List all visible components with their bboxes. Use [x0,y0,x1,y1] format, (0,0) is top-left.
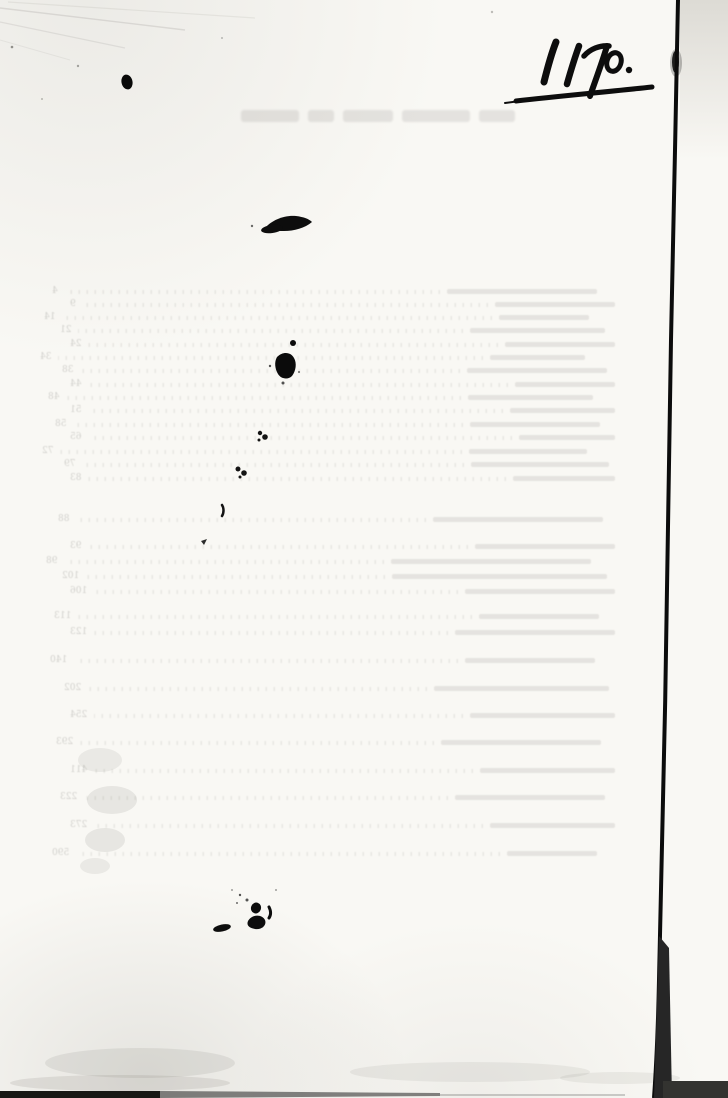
handwritten-number [505,42,652,103]
bottom-smudges [10,1048,680,1091]
corner-specks [11,11,493,100]
margin-smudges [78,748,137,874]
spine-fold-line [654,0,682,1098]
ink-blot-cluster-lower [212,889,276,933]
bottom-edge-strip [0,1091,625,1098]
gutter-shadow-band [654,936,672,1098]
bottom-right-edge-block [663,1081,728,1098]
ink-smear-blot [251,216,312,235]
ink-dot [120,74,134,91]
corner-smudge-streaks [0,2,255,60]
scan-marks-overlay [0,0,728,1098]
ink-speck-trail [201,431,268,545]
ink-blot-cluster-mid [269,340,300,385]
scanned-page: 1170. 4914212434384448515865727983889398… [0,0,728,1098]
